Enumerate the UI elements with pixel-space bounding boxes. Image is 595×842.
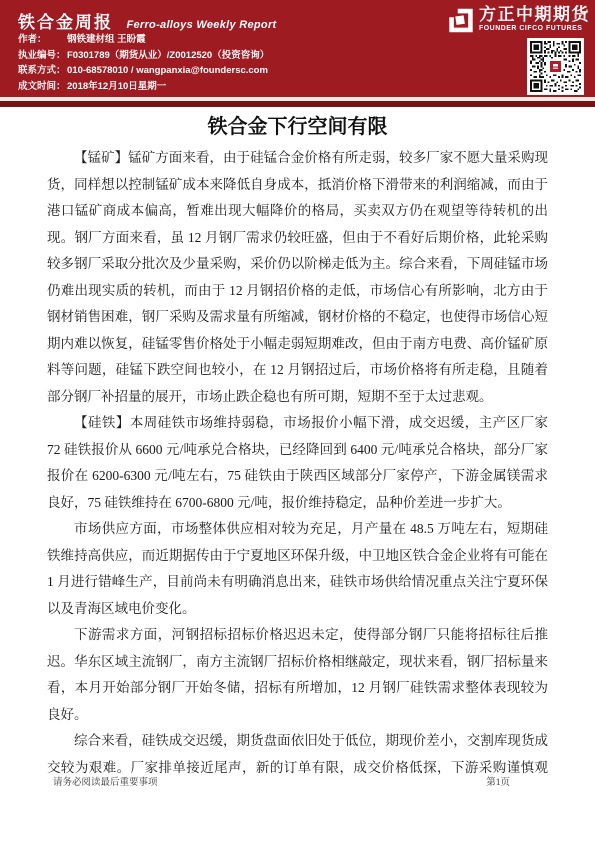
masthead-title-row: 铁合金周报 Ferro-alloys Weekly Report xyxy=(18,8,277,33)
meta-label: 联系方式： xyxy=(18,63,67,79)
meta-value: 2018年12月10日星期一 xyxy=(67,79,166,95)
meta-value: F0301789（期货从业）/Z0012520（投资咨询） xyxy=(67,48,269,64)
brand-name-zh: 方正中期期货 xyxy=(479,6,590,24)
founder-logo-icon xyxy=(448,7,474,34)
meta-label: 成文时间： xyxy=(18,79,67,95)
page-footer: 请务必阅读最后重要事项 第1页 xyxy=(53,774,510,788)
paragraph-manganese-ore: 【锰矿】锰矿方面来看，由于硅锰合金价格有所走弱，较多厂家不愿大量采购现货，同样想… xyxy=(47,145,548,410)
page-title: 铁合金下行空间有限 xyxy=(47,114,548,140)
meta-value: 钢铁建材组 王盼霞 xyxy=(67,32,146,48)
report-series-title-en: Ferro-alloys Weekly Report xyxy=(126,19,276,31)
meta-label: 执业编号： xyxy=(18,48,67,64)
brand-name-en: FOUNDER CIFCO FUTURES xyxy=(479,24,590,34)
meta-row-license: 执业编号： F0301789（期货从业）/Z0012520（投资咨询） xyxy=(18,48,269,64)
report-page: 铁合金周报 Ferro-alloys Weekly Report 作者： 钢铁建… xyxy=(0,0,595,842)
report-masthead: 铁合金周报 Ferro-alloys Weekly Report 作者： 钢铁建… xyxy=(0,0,595,97)
paragraph-supply: 市场供应方面，市场整体供应相对较为充足，月产量在 48.5 万吨左右，短期硅铁维… xyxy=(47,516,548,622)
brand-block: 方正中期期货 FOUNDER CIFCO FUTURES xyxy=(448,6,590,34)
paragraph-summary: 综合来看，硅铁成交迟缓，期货盘面依旧处于低位，期现价差小，交割库现货成交较为艰难… xyxy=(47,728,548,776)
page-number: 第1页 xyxy=(486,774,510,788)
meta-row-author: 作者： 钢铁建材组 王盼霞 xyxy=(18,32,269,48)
footer-disclaimer: 请务必阅读最后重要事项 xyxy=(53,774,158,788)
brand-text: 方正中期期货 FOUNDER CIFCO FUTURES xyxy=(479,6,590,34)
paragraph-ferrosilicon: 【硅铁】本周硅铁市场维持弱稳，市场报价小幅下滑，成交迟缓，主产区厂家 72 硅铁… xyxy=(47,410,548,516)
meta-label: 作者： xyxy=(18,32,67,48)
qr-code-icon xyxy=(527,38,584,95)
meta-value: 010-68578010 / wangpanxia@foundersc.com xyxy=(67,63,268,79)
report-series-title: 铁合金周报 xyxy=(18,13,113,32)
report-meta-block: 作者： 钢铁建材组 王盼霞 执业编号： F0301789（期货从业）/Z0012… xyxy=(18,32,269,94)
meta-row-contact: 联系方式： 010-68578010 / wangpanxia@founders… xyxy=(18,63,269,79)
paragraph-demand: 下游需求方面，河钢招标招标价格迟迟未定，使得部分钢厂只能将招标往后推迟。华东区域… xyxy=(47,622,548,728)
report-body: 铁合金下行空间有限 【锰矿】锰矿方面来看，由于硅锰合金价格有所走弱，较多厂家不愿… xyxy=(47,107,548,776)
meta-row-date: 成文时间： 2018年12月10日星期一 xyxy=(18,79,269,95)
